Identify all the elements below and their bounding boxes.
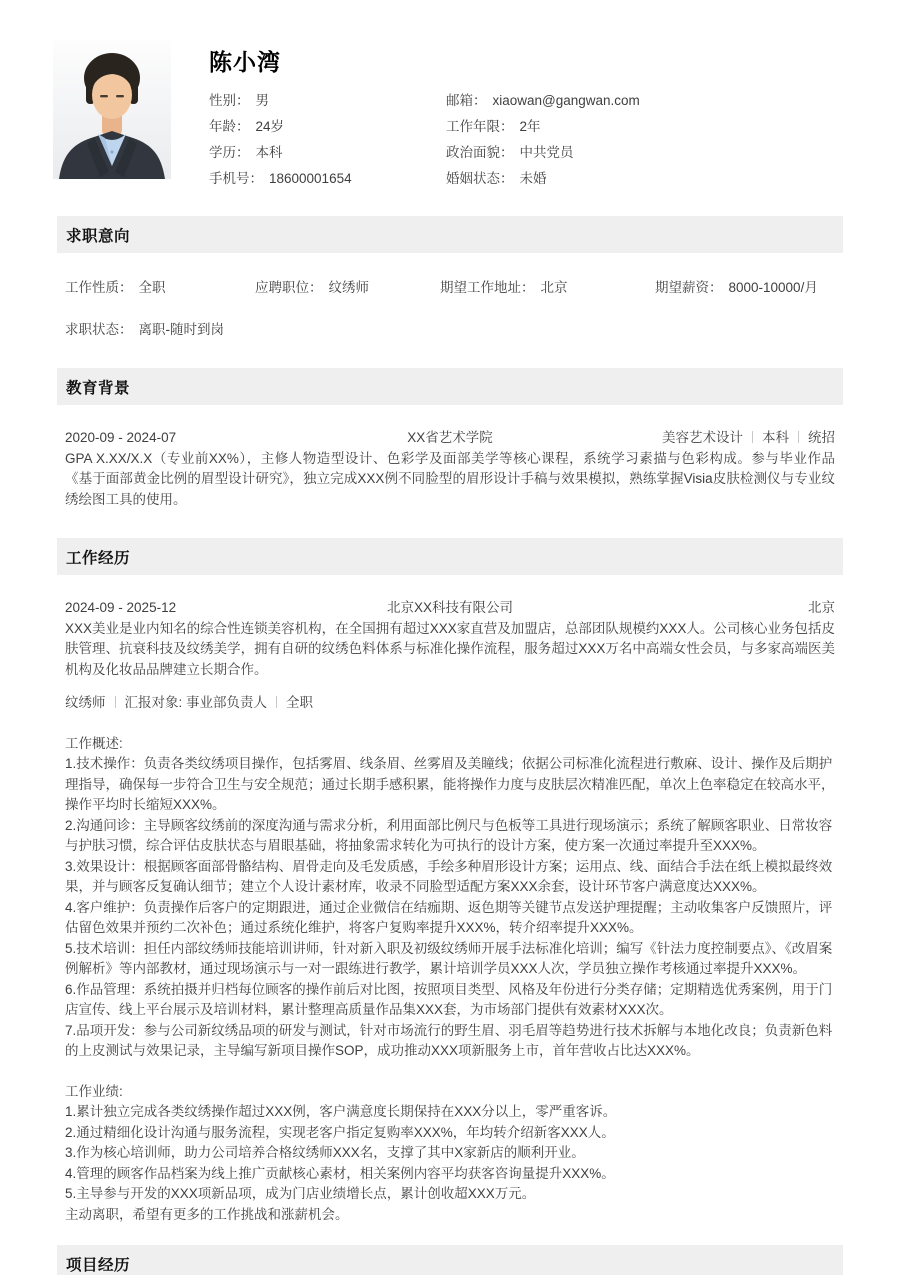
work-overview-title: 工作概述: [65,734,835,755]
work-achievements-title: 工作业绩: [65,1082,835,1103]
profile-photo [53,40,171,179]
info-education: 学历：本科 [209,143,446,162]
field-job-type: 工作性质：全职 [65,278,255,299]
field-position: 应聘职位：纹绣师 [255,278,440,299]
personal-info-grid: 性别：男 邮箱：xiaowan@gangwan.com 年龄：24岁 工作年限：… [209,91,843,188]
info-age: 年龄：24岁 [209,117,446,136]
candidate-name: 陈小湾 [209,44,843,77]
info-political-status: 政治面貌：中共党员 [446,143,843,162]
job-intention-title: 求职意向 [66,224,130,246]
duty-item: 3.效果设计：根据顾客面部骨骼结构、眉骨走向及毛发质感，手绘多种眉形设计方案；运… [65,857,835,898]
divider [752,431,753,443]
achievement-item: 4.管理的顾客作品档案为线上推广贡献核心素材，相关案例内容平均获客咨询量提升XX… [65,1164,835,1185]
duty-item: 4.客户维护：负责操作后客户的定期跟进，通过企业微信在结痂期、返色期等关键节点发… [65,898,835,939]
work-title: 工作经历 [66,546,130,568]
education-body: 2020-09 - 2024-07 XX省艺术学院 美容艺术设计本科统招 GPA… [57,428,843,510]
duty-item: 1.技术操作：负责各类纹绣项目操作，包括雾眉、线条眉、丝雾眉及美瞳线；依据公司标… [65,754,835,816]
divider [115,696,116,708]
resume-page: 陈小湾 性别：男 邮箱：xiaowan@gangwan.com 年龄：24岁 工… [0,0,900,1275]
duty-item: 5.技术培训：担任内部纹绣师技能培训讲师，针对新入职及初级纹绣师开展手法标准化培… [65,939,835,980]
info-marital-status: 婚姻状态：未婚 [446,169,843,188]
project-header-bar: 项目经历 [57,1245,843,1275]
work-role-line: 纹绣师汇报对象: 事业部负责人全职 [65,693,835,714]
job-intention-fields: 工作性质：全职 应聘职位：纹绣师 期望工作地址：北京 期望薪资：8000-100… [65,278,835,299]
education-school: XX省艺术学院 [407,428,493,449]
education-major: 美容艺术设计 [662,430,743,445]
work-role: 纹绣师 [65,695,106,710]
education-degree: 本科 [762,430,789,445]
section-project-experience: 项目经历 [57,1245,843,1275]
education-title: 教育背景 [66,376,130,398]
work-company-intro: XXX美业是业内知名的综合性连锁美容机构，在全国拥有超过XXX家直营及加盟店，总… [65,619,835,681]
achievement-item: 2.通过精细化设计沟通与服务流程，实现老客户指定复购率XXX%，年均转介绍新客X… [65,1123,835,1144]
duty-item: 7.品项开发：参与公司新纹绣品项的研发与测试，针对市场流行的野生眉、羽毛眉等趋势… [65,1021,835,1062]
education-summary-row: 2020-09 - 2024-07 XX省艺术学院 美容艺术设计本科统招 [65,428,835,449]
work-leave-reason: 主动离职，希望有更多的工作挑战和涨薪机会。 [65,1205,835,1226]
achievement-item: 3.作为核心培训师，助力公司培养合格纹绣师XXX名，支撑了其中X家新店的顺利开业… [65,1143,835,1164]
section-job-intention: 求职意向 工作性质：全职 应聘职位：纹绣师 期望工作地址：北京 期望薪资：800… [57,216,843,340]
profile-photo-image [53,40,171,179]
section-education: 教育背景 2020-09 - 2024-07 XX省艺术学院 美容艺术设计本科统… [57,368,843,510]
achievement-item: 1.累计独立完成各类纹绣操作超过XXX例，客户满意度长期保持在XXX分以上，零严… [65,1102,835,1123]
education-description: GPA X.XX/X.X（专业前XX%），主修人物造型设计、色彩学及面部美学等核… [65,449,835,511]
resume-header: 陈小湾 性别：男 邮箱：xiaowan@gangwan.com 年龄：24岁 工… [0,0,900,188]
duty-item: 6.作品管理：系统拍摄并归档每位顾客的操作前后对比图，按照项目类型、风格及年份进… [65,980,835,1021]
work-body: 2024-09 - 2025-12 北京XX科技有限公司 北京 XXX美业是业内… [57,598,843,1225]
work-overview-block: 工作概述: 1.技术操作：负责各类纹绣项目操作，包括雾眉、线条眉、丝雾眉及美瞳线… [65,734,835,1062]
education-header-bar: 教育背景 [57,368,843,405]
work-location: 北京 [513,598,835,619]
section-work-experience: 工作经历 2024-09 - 2025-12 北京XX科技有限公司 北京 XXX… [57,538,843,1225]
education-enroll-type: 统招 [808,430,835,445]
info-email: 邮箱：xiaowan@gangwan.com [446,91,843,110]
job-intention-body: 工作性质：全职 应聘职位：纹绣师 期望工作地址：北京 期望薪资：8000-100… [57,278,843,340]
field-job-status: 求职状态：离职-随时到岗 [65,320,835,341]
work-header-bar: 工作经历 [57,538,843,575]
divider [798,431,799,443]
work-period: 2024-09 - 2025-12 [65,598,387,619]
work-job-type: 全职 [286,695,313,710]
duty-item: 2.沟通问诊：主导顾客纹绣前的深度沟通与需求分析，利用面部比例尺与色板等工具进行… [65,816,835,857]
info-gender: 性别：男 [209,91,446,110]
field-location: 期望工作地址：北京 [440,278,655,299]
work-report-to: 汇报对象: 事业部负责人 [125,695,268,710]
work-summary-row: 2024-09 - 2025-12 北京XX科技有限公司 北京 [65,598,835,619]
achievement-item: 5.主导参与开发的XXX项新品项，成为门店业绩增长点，累计创收超XXX万元。 [65,1184,835,1205]
education-tags: 美容艺术设计本科统招 [493,428,835,449]
project-title: 项目经历 [66,1253,130,1275]
education-period: 2020-09 - 2024-07 [65,428,407,449]
info-work-years: 工作年限：2年 [446,117,843,136]
work-company: 北京XX科技有限公司 [387,598,513,619]
divider [276,696,277,708]
work-achievements-block: 工作业绩: 1.累计独立完成各类纹绣操作超过XXX例，客户满意度长期保持在XXX… [65,1082,835,1205]
job-intention-header-bar: 求职意向 [57,216,843,253]
field-salary: 期望薪资：8000-10000/月 [655,278,835,299]
info-phone: 手机号：18600001654 [209,169,446,188]
header-info: 陈小湾 性别：男 邮箱：xiaowan@gangwan.com 年龄：24岁 工… [209,40,843,188]
